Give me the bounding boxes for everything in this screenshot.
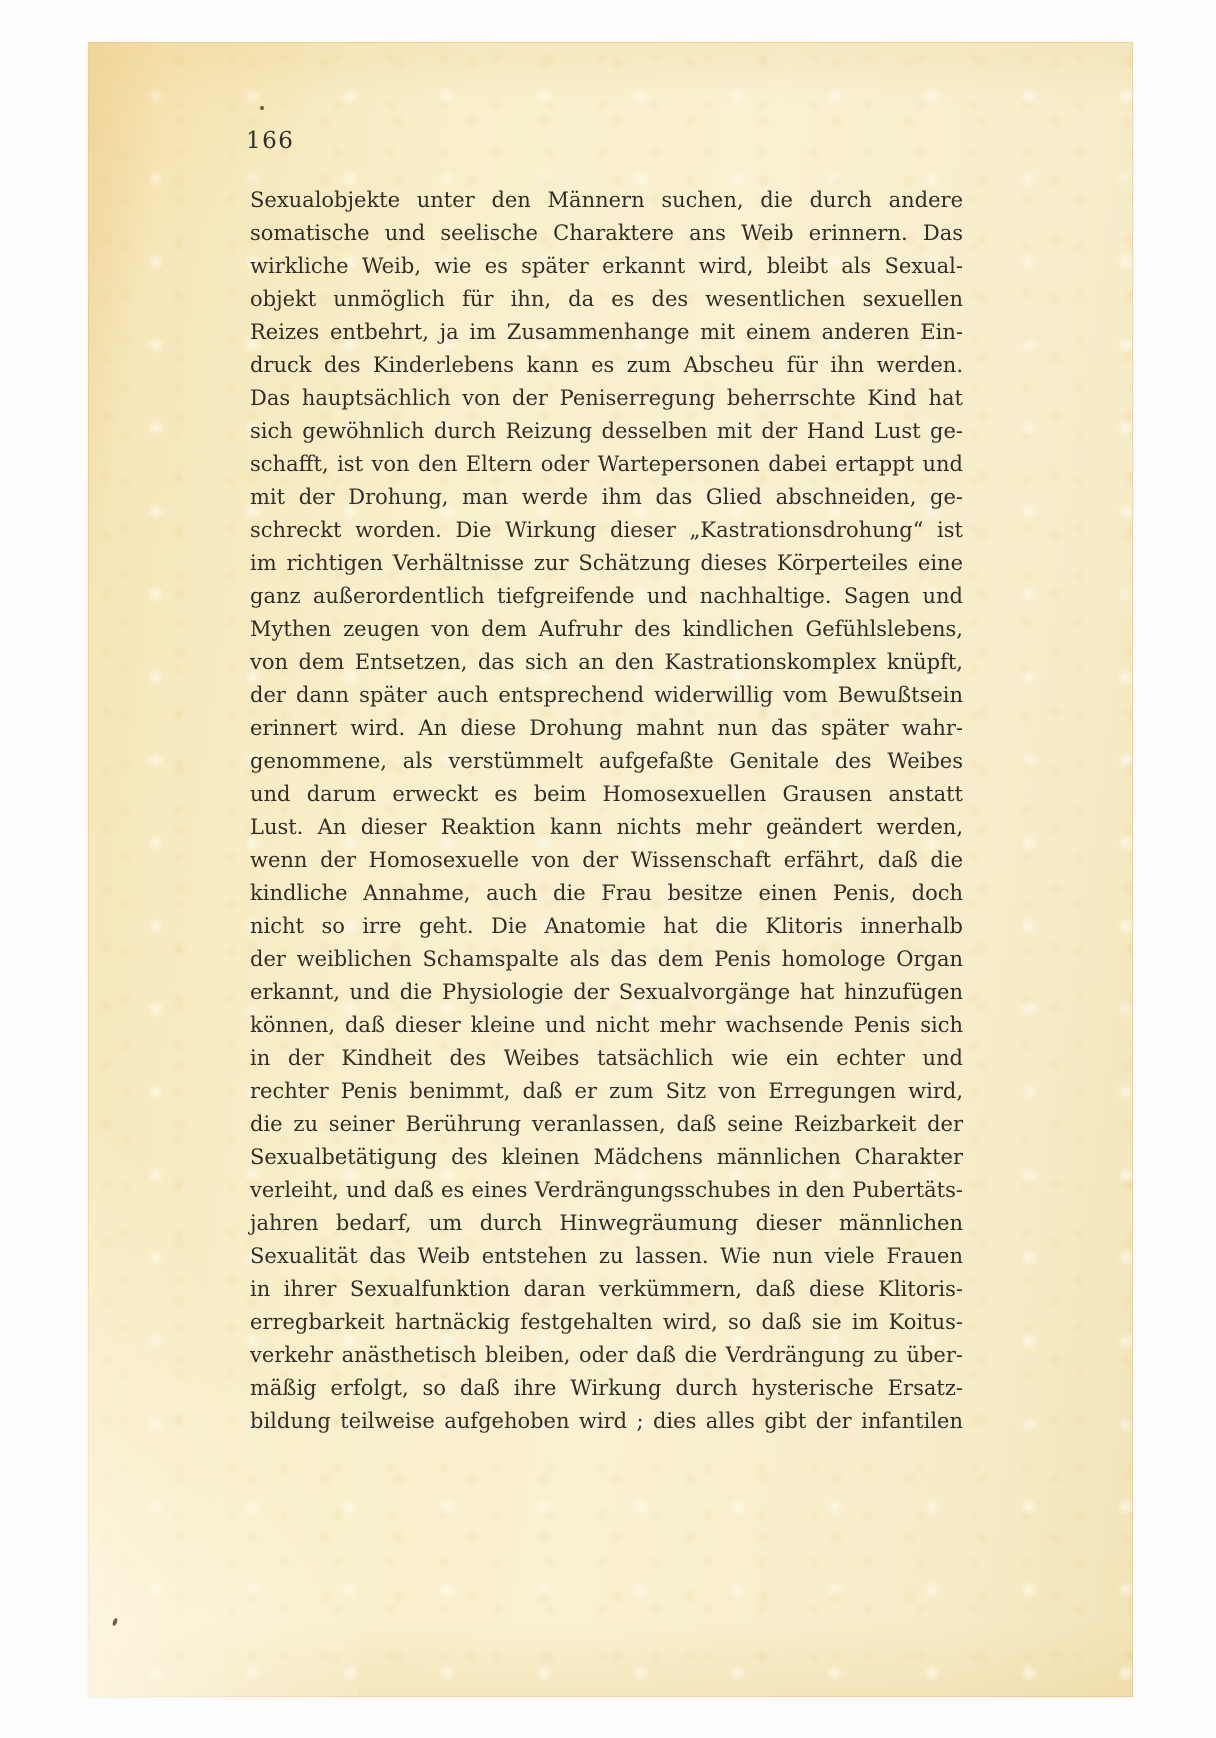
text-line: Reizes entbehrt, ja im Zusammenhange mit… [250, 316, 963, 349]
text-line: bildung teilweise aufgehoben wird ; dies… [250, 1405, 963, 1438]
text-line: wirkliche Weib, wie es später erkannt wi… [250, 250, 963, 283]
text-line: der dann später auch entsprechend widerw… [250, 679, 963, 712]
page-number: 166 [246, 128, 294, 154]
text-line: Lust. An dieser Reaktion kann nichts meh… [250, 811, 963, 844]
text-line: die zu seiner Berührung veranlassen, daß… [250, 1108, 963, 1141]
text-line: nicht so irre geht. Die Anatomie hat die… [250, 910, 963, 943]
text-line: mäßig erfolgt, so daß ihre Wirkung durch… [250, 1372, 963, 1405]
text-line: in ihrer Sexualfunktion daran verkümmern… [250, 1273, 963, 1306]
text-line: somatische und seelische Charaktere ans … [250, 217, 963, 250]
text-line: erinnert wird. An diese Drohung mahnt nu… [250, 712, 963, 745]
text-line: ganz außerordentlich tiefgreifende und n… [250, 580, 963, 613]
text-line: schafft, ist von den Eltern oder Wartepe… [250, 448, 963, 481]
text-line: im richtigen Verhältnisse zur Schätzung … [250, 547, 963, 580]
ink-speck [260, 106, 264, 110]
scanned-book-page: 166 Sexualobjekte unter den Männern such… [88, 42, 1133, 1697]
text-line: in der Kindheit des Weibes tatsächlich w… [250, 1042, 963, 1075]
body-text-block: Sexualobjekte unter den Männern suchen, … [250, 184, 963, 1438]
text-line: von dem Entsetzen, das sich an den Kastr… [250, 646, 963, 679]
text-line: wenn der Homosexuelle von der Wissenscha… [250, 844, 963, 877]
text-line: können, daß dieser kleine und nicht mehr… [250, 1009, 963, 1042]
text-line: kindliche Annahme, auch die Frau besitze… [250, 877, 963, 910]
text-line: erregbarkeit hartnäckig festgehalten wir… [250, 1306, 963, 1339]
text-line: druck des Kinderlebens kann es zum Absch… [250, 349, 963, 382]
text-line: genommene, als verstümmelt aufgefaßte Ge… [250, 745, 963, 778]
text-line: Sexualität das Weib entstehen zu lassen.… [250, 1240, 963, 1273]
text-line: erkannt, und die Physiologie der Sexualv… [250, 976, 963, 1009]
text-line: sich gewöhnlich durch Reizung desselben … [250, 415, 963, 448]
text-line: jahren bedarf, um durch Hinwegräumung di… [250, 1207, 963, 1240]
text-line: und darum erweckt es beim Homosexuellen … [250, 778, 963, 811]
text-line: mit der Drohung, man werde ihm das Glied… [250, 481, 963, 514]
text-line: verkehr anästhetisch bleiben, oder daß d… [250, 1339, 963, 1372]
text-line: objekt unmöglich für ihn, da es des wese… [250, 283, 963, 316]
text-line: schreckt worden. Die Wirkung dieser „Kas… [250, 514, 963, 547]
text-line: Sexualobjekte unter den Männern suchen, … [250, 184, 963, 217]
text-line: der weiblichen Schamspalte als das dem P… [250, 943, 963, 976]
text-line: rechter Penis benimmt, daß er zum Sitz v… [250, 1075, 963, 1108]
ink-speck [112, 1618, 119, 1627]
text-line: Mythen zeugen von dem Aufruhr des kindli… [250, 613, 963, 646]
text-line: Das hauptsächlich von der Peniserregung … [250, 382, 963, 415]
text-line: verleiht, und daß es eines Verdrängungss… [250, 1174, 963, 1207]
text-line: Sexualbetätigung des kleinen Mädchens mä… [250, 1141, 963, 1174]
